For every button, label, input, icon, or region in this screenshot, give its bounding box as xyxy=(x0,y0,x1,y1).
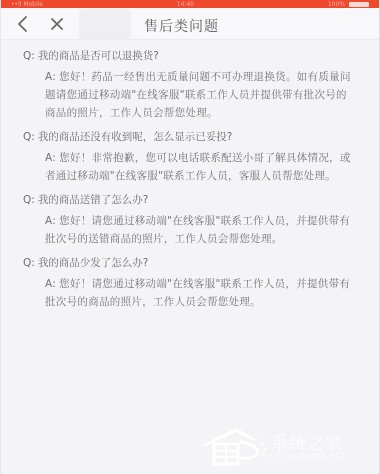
close-icon xyxy=(49,16,65,32)
battery-percent: 100% xyxy=(328,1,345,8)
answer-text: 您好！非常抱歉，您可以电话联系配送小哥了解具体情况，或者通过移动端"在线客服"联… xyxy=(45,152,351,182)
faq-question: Q:我的商品送错了怎么办? xyxy=(1,191,379,209)
answer-prefix: A: xyxy=(45,71,56,83)
faq-question: Q:我的商品是否可以退换货? xyxy=(1,47,379,65)
status-bar: ••ll Mobile 14:40 100% xyxy=(1,0,379,8)
watermark-text: 系统之家 xyxy=(271,429,343,454)
app-screen: ••ll Mobile 14:40 100% 售后类问题 Q:我的商品是否可以退… xyxy=(0,0,380,474)
question-prefix: Q: xyxy=(23,194,35,206)
answer-text: 您好！请您通过移动端"在线客服"联系工作人员，并提供带有批次号的商品的照片，工作… xyxy=(45,278,350,308)
answer-prefix: A: xyxy=(45,278,56,290)
battery-icon xyxy=(349,2,369,7)
nav-placeholder xyxy=(79,9,131,39)
faq-question: Q:我的商品少发了怎么办? xyxy=(1,254,379,272)
faq-item: Q:我的商品是否可以退换货? A:您好！药品一经售出无质量问题不可办理退换货。如… xyxy=(1,47,379,122)
answer-text: 您好！药品一经售出无质量问题不可办理退换货。如有质量问题请您通过移动端"在线客服… xyxy=(45,71,351,119)
faq-answer: A:您好！请您通过移动端"在线客服"联系工作人员，并提供带有批次号的送错商品的照… xyxy=(1,212,379,248)
watermark: 系统之家 XITONGZHIJIA.NET xyxy=(196,424,371,468)
chevron-left-icon xyxy=(16,15,30,33)
question-text: 我的商品送错了怎么办? xyxy=(38,194,149,206)
back-button[interactable] xyxy=(13,14,33,34)
faq-answer: A:您好！药品一经售出无质量问题不可办理退换货。如有质量问题请您通过移动端"在线… xyxy=(1,68,379,122)
faq-item: Q:我的商品少发了怎么办? A:您好！请您通过移动端"在线客服"联系工作人员，并… xyxy=(1,254,379,311)
status-bar-right: 100% xyxy=(328,1,369,8)
answer-prefix: A: xyxy=(45,152,56,164)
carrier-label: ••ll Mobile xyxy=(11,1,43,8)
question-text: 我的商品少发了怎么办? xyxy=(38,257,149,269)
faq-list: Q:我的商品是否可以退换货? A:您好！药品一经售出无质量问题不可办理退换货。如… xyxy=(1,41,379,317)
close-button[interactable] xyxy=(47,14,67,34)
watermark-subtext: XITONGZHIJIA.NET xyxy=(268,453,346,460)
nav-bar: 售后类问题 xyxy=(1,8,379,40)
question-text: 我的商品还没有收到呢，怎么显示已妥投? xyxy=(38,131,233,143)
faq-answer: A:您好！非常抱歉，您可以电话联系配送小哥了解具体情况，或者通过移动端"在线客服… xyxy=(1,149,379,185)
answer-text: 您好！请您通过移动端"在线客服"联系工作人员，并提供带有批次号的送错商品的照片，… xyxy=(45,215,350,245)
faq-question: Q:我的商品还没有收到呢，怎么显示已妥投? xyxy=(1,128,379,146)
status-time: 14:40 xyxy=(177,1,194,8)
question-prefix: Q: xyxy=(23,50,35,62)
question-prefix: Q: xyxy=(23,131,35,143)
house-logo-icon xyxy=(196,424,271,468)
faq-answer: A:您好！请您通过移动端"在线客服"联系工作人员，并提供带有批次号的商品的照片，… xyxy=(1,275,379,311)
question-text: 我的商品是否可以退换货? xyxy=(38,50,159,62)
status-bar-left: ••ll Mobile xyxy=(11,1,43,8)
answer-prefix: A: xyxy=(45,215,56,227)
page-title: 售后类问题 xyxy=(144,16,219,36)
question-prefix: Q: xyxy=(23,257,35,269)
faq-item: Q:我的商品还没有收到呢，怎么显示已妥投? A:您好！非常抱歉，您可以电话联系配… xyxy=(1,128,379,185)
faq-item: Q:我的商品送错了怎么办? A:您好！请您通过移动端"在线客服"联系工作人员，并… xyxy=(1,191,379,248)
